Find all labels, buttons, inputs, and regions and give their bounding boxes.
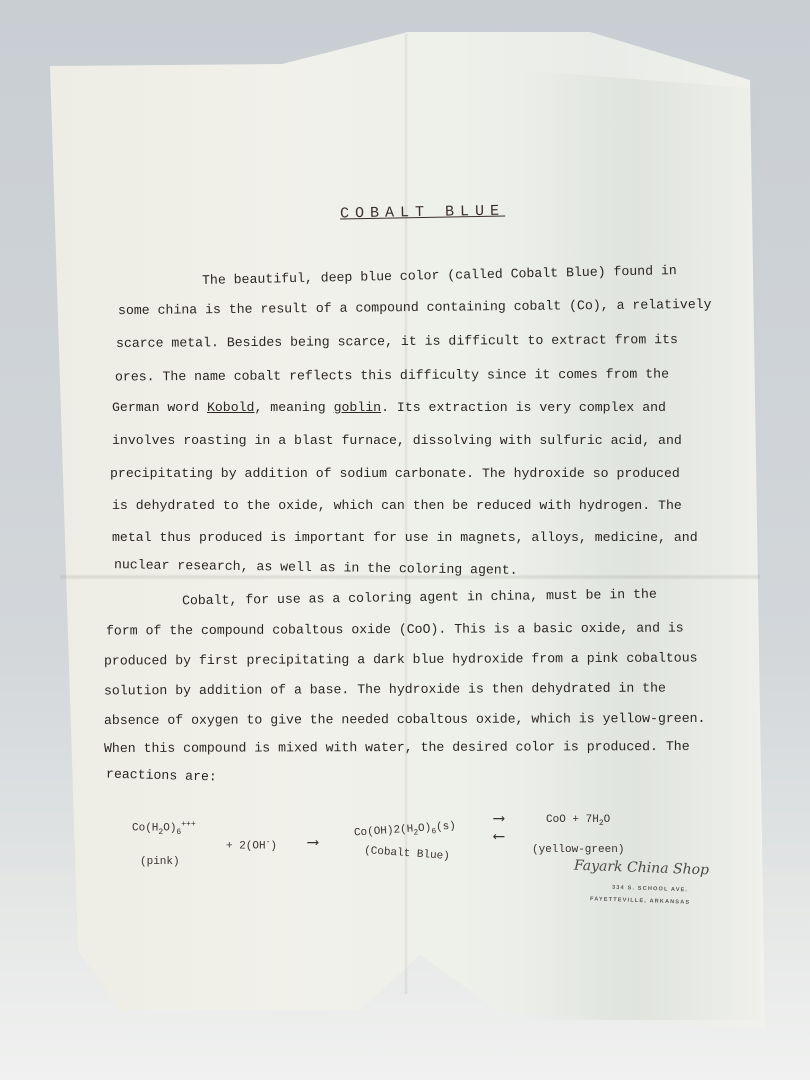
reactant-label: (pink) <box>140 856 180 868</box>
text-line: absence of oxygen to give the needed cob… <box>104 711 706 728</box>
kobold-word: Kobold <box>207 400 254 415</box>
text-line: solution by addition of a base. The hydr… <box>104 681 666 699</box>
document-title: COBALT BLUE <box>340 203 505 223</box>
text-line: involves roasting in a blast furnace, di… <box>112 433 682 448</box>
goblin-word: goblin <box>334 400 381 415</box>
reactant-cobalt-hexaaqua: Co(H2O)6+++ <box>132 820 196 837</box>
text-line: is dehydrated to the oxide, which can th… <box>112 498 682 513</box>
text-line: reactions are: <box>106 767 217 785</box>
text-line: precipitating by addition of sodium carb… <box>110 466 680 481</box>
reactant-hydroxide: + 2(OH-) <box>226 838 277 853</box>
text-line: When this compound is mixed with water, … <box>104 739 690 756</box>
text-line: metal thus produced is important for use… <box>112 530 698 545</box>
text-line: produced by first precipitating a dark b… <box>104 650 698 668</box>
text-line: ores. The name cobalt reflects this diff… <box>115 367 669 385</box>
forward-arrow-icon: ⟶ <box>494 808 504 828</box>
product-label: (yellow-green) <box>532 844 624 856</box>
reverse-arrow-icon: ⟵ <box>494 826 504 846</box>
forward-arrow-icon: ⟶ <box>308 832 318 852</box>
paper-shadow <box>520 70 760 1020</box>
text-line-kobold: German word Kobold, meaning goblin. Its … <box>112 400 666 415</box>
text-line: form of the compound cobaltous oxide (Co… <box>106 620 684 638</box>
product-cobaltous-oxide: CoO + 7H2O <box>546 814 610 828</box>
